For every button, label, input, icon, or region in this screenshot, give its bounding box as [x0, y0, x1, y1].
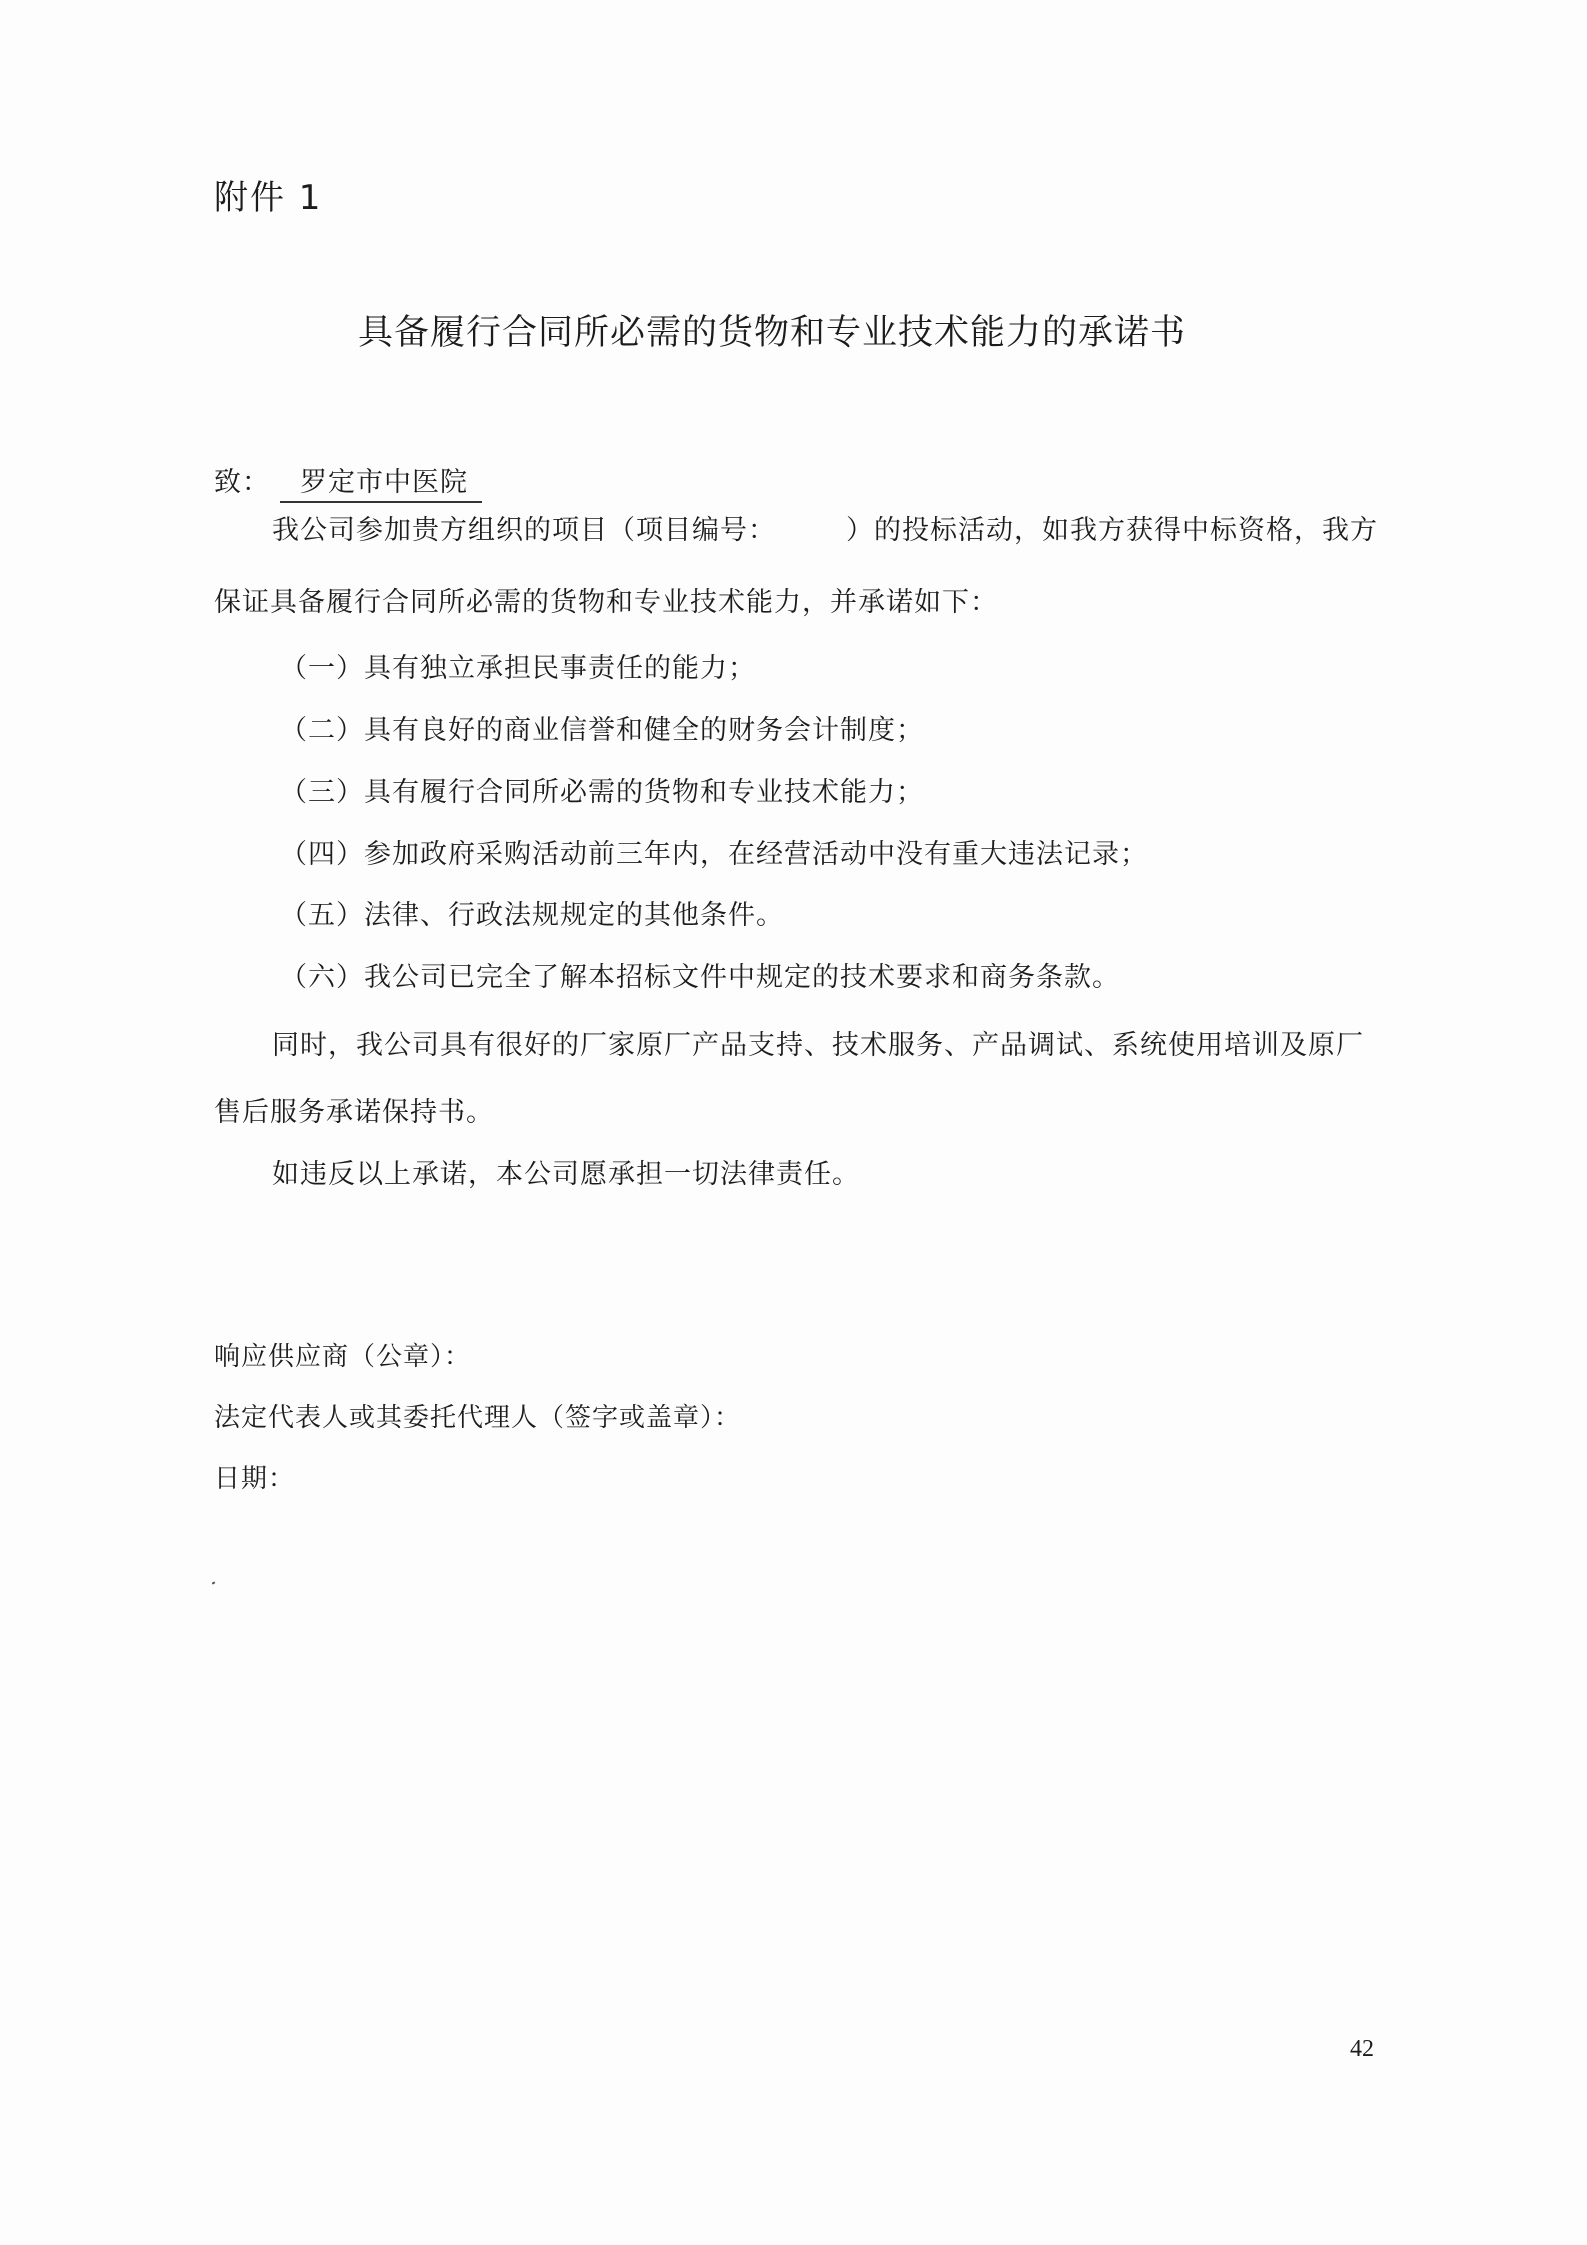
- recipient-name: 罗定市中医院: [280, 460, 482, 503]
- document-title: 具备履行合同所必需的货物和专业技术能力的承诺书: [358, 305, 1186, 355]
- commitment-item-6: （六）我公司已完全了解本招标文件中规定的技术要求和商务条款。: [280, 955, 1120, 994]
- intro-line-2: 保证具备履行合同所必需的货物和专业技术能力，并承诺如下：: [214, 580, 998, 619]
- intro-line-1: 我公司参加贵方组织的项目（项目编号：）的投标活动，如我方获得中标资格，我方: [272, 508, 1378, 547]
- date-label: 日期：: [214, 1458, 295, 1495]
- representative-signature-label: 法定代表人或其委托代理人（签字或盖章）：: [214, 1397, 741, 1434]
- commitment-item-1: （一）具有独立承担民事责任的能力；: [280, 646, 756, 685]
- supplier-seal-label: 响应供应商（公章）：: [214, 1336, 471, 1373]
- intro-part-2: ）的投标活动，如我方获得中标资格，我方: [846, 515, 1378, 546]
- liability-statement: 如违反以上承诺，本公司愿承担一切法律责任。: [272, 1152, 860, 1191]
- commitment-item-5: （五）法律、行政法规规定的其他条件。: [280, 893, 784, 932]
- service-statement-line-1: 同时，我公司具有很好的厂家原厂产品支持、技术服务、产品调试、系统使用培训及原厂: [272, 1023, 1364, 1062]
- intro-part-1: 我公司参加贵方组织的项目（项目编号：: [272, 515, 776, 546]
- commitment-item-4: （四）参加政府采购活动前三年内，在经营活动中没有重大违法记录；: [280, 832, 1148, 871]
- document-page: 附件 1 具备履行合同所必需的货物和专业技术能力的承诺书 致：罗定市中医院 我公…: [0, 0, 1587, 2245]
- commitment-item-3: （三）具有履行合同所必需的货物和专业技术能力；: [280, 770, 924, 809]
- salutation-prefix: 致：: [214, 467, 270, 498]
- salutation: 致：罗定市中医院: [214, 460, 482, 503]
- commitment-item-2: （二）具有良好的商业信誉和健全的财务会计制度；: [280, 708, 924, 747]
- page-number: 42: [1350, 2036, 1374, 2063]
- scan-speck: [212, 1581, 216, 1584]
- service-statement-line-2: 售后服务承诺保持书。: [214, 1090, 494, 1129]
- annex-label: 附件 1: [214, 170, 322, 219]
